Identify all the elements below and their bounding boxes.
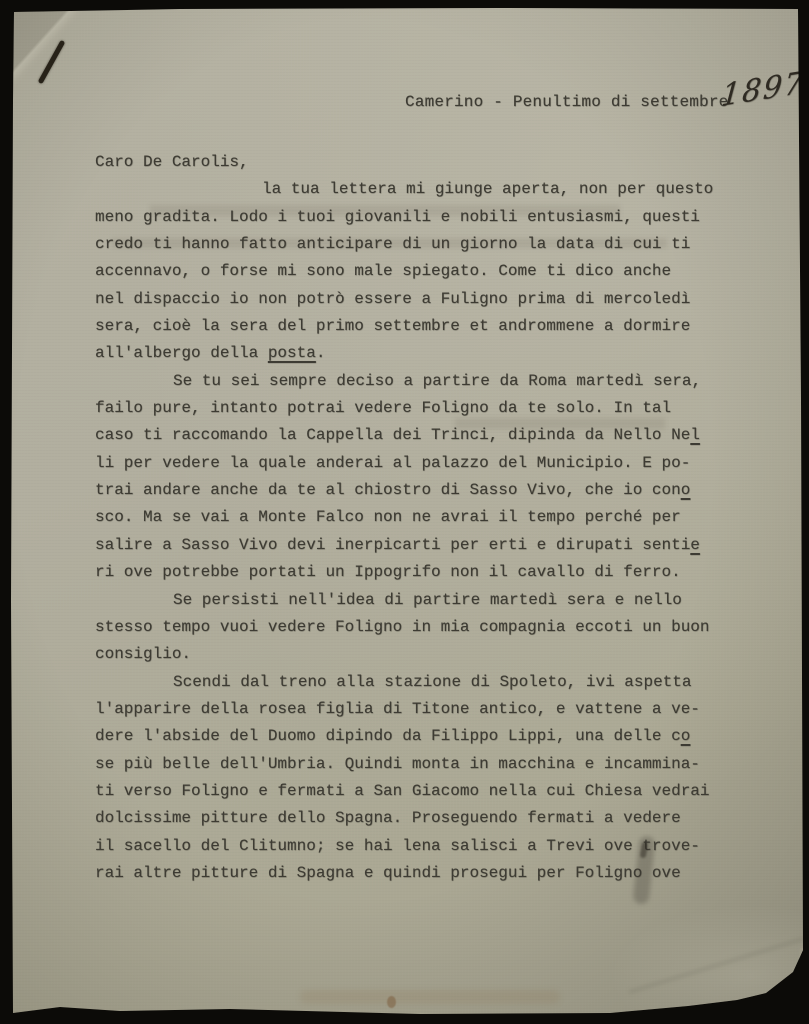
- typed-text: nel dispaccio io non potrò essere a Fuli…: [95, 290, 690, 308]
- typed-text: la tua lettera mi giunge aperta, non per…: [262, 180, 713, 198]
- letter-line: l'apparire della rosea figlia di Titone …: [95, 696, 719, 723]
- typed-text: rai altre pitture di Spagna e quindi pro…: [95, 864, 681, 882]
- typed-text: sera, cioè la sera del primo settembre e…: [95, 317, 690, 335]
- typed-text: il sacello del Clitumno; se hai lena sal…: [95, 837, 700, 855]
- letter-line: trai andare anche da te al chiostro di S…: [95, 477, 719, 504]
- letter-line: Se tu sei sempre deciso a partire da Rom…: [95, 368, 719, 395]
- typed-text: salire a Sasso Vivo devi inerpicarti per…: [95, 536, 690, 554]
- letter-line: accennavo, o forse mi sono male spiegato…: [95, 258, 719, 285]
- stain-band: [300, 990, 560, 1004]
- paper-shading: [590, 895, 809, 1024]
- typed-text: consiglio.: [95, 645, 191, 663]
- typed-text: se più belle dell'Umbria. Quindi monta i…: [95, 755, 700, 773]
- letter-line: salire a Sasso Vivo devi inerpicarti per…: [95, 532, 719, 559]
- typed-text: credo ti hanno fatto anticipare di un gi…: [95, 235, 690, 253]
- letter-line: credo ti hanno fatto anticipare di un gi…: [95, 231, 719, 258]
- underlined-text: l: [690, 426, 700, 444]
- typed-text: Scendi dal treno alla stazione di Spolet…: [173, 673, 691, 691]
- typed-text: dere l'abside del Duomo dipindo da Filip…: [95, 727, 681, 745]
- typed-text: dolcissime pitture dello Spagna. Prosegu…: [95, 809, 681, 827]
- letter-line: sco. Ma se vai a Monte Falco non ne avra…: [95, 504, 719, 531]
- letter-line: Scendi dal treno alla stazione di Spolet…: [95, 669, 719, 696]
- typed-text: Caro De Carolis,: [95, 153, 249, 171]
- typed-text: all'albergo della: [95, 344, 268, 362]
- letter-line: nel dispaccio io non potrò essere a Fuli…: [95, 286, 719, 313]
- underlined-text: posta: [268, 344, 316, 362]
- typed-text: ti verso Foligno e fermati a San Giacomo…: [95, 782, 710, 800]
- letter-line: ri ove potrebbe portati un Ippogrifo non…: [95, 559, 719, 586]
- pen-mark-annotation: [38, 40, 66, 84]
- typed-text: ri ove potrebbe portati un Ippogrifo non…: [95, 563, 681, 581]
- letter-line: il sacello del Clitumno; se hai lena sal…: [95, 833, 719, 860]
- letter-line: caso ti raccomando la Cappella dei Trinc…: [95, 422, 719, 449]
- typed-text: Se persisti nell'idea di partire martedì…: [173, 591, 682, 609]
- underlined-text: o: [681, 727, 691, 745]
- letter-line: dolcissime pitture dello Spagna. Prosegu…: [95, 805, 719, 832]
- letter-line: li per vedere la quale anderai al palazz…: [95, 450, 719, 477]
- typed-text: l'apparire della rosea figlia di Titone …: [95, 700, 700, 718]
- typed-text: stesso tempo vuoi vedere Foligno in mia …: [95, 618, 710, 636]
- letter-line: failo pure, intanto potrai vedere Folign…: [95, 395, 719, 422]
- letter-line: sera, cioè la sera del primo settembre e…: [95, 313, 719, 340]
- paper-wrinkle: [629, 934, 809, 994]
- underlined-text: e: [690, 536, 700, 554]
- typed-text: trai andare anche da te al chiostro di S…: [95, 481, 681, 499]
- letter-line: stesso tempo vuoi vedere Foligno in mia …: [95, 614, 719, 641]
- letter-line: se più belle dell'Umbria. Quindi monta i…: [95, 751, 719, 778]
- letter-line: meno gradita. Lodo i tuoi giovanili e no…: [95, 204, 719, 231]
- typed-text: Se tu sei sempre deciso a partire da Rom…: [173, 372, 701, 390]
- letter-line: la tua lettera mi giunge aperta, non per…: [95, 176, 719, 203]
- letter-line: Caro De Carolis,: [95, 149, 719, 176]
- letter-page: Camerino - Penultimo di settembre 1897 C…: [0, 0, 809, 1024]
- letter-line: Se persisti nell'idea di partire martedì…: [95, 587, 719, 614]
- typed-text: li per vedere la quale anderai al palazz…: [95, 454, 690, 472]
- typed-text: meno gradita. Lodo i tuoi giovanili e no…: [95, 208, 700, 226]
- dateline: Camerino - Penultimo di settembre: [405, 93, 728, 111]
- letter-line: ti verso Foligno e fermati a San Giacomo…: [95, 778, 719, 805]
- letter-line: consiglio.: [95, 641, 719, 668]
- typed-text: accennavo, o forse mi sono male spiegato…: [95, 262, 671, 280]
- letter-body: Caro De Carolis,la tua lettera mi giunge…: [95, 149, 719, 887]
- photo-backdrop: Camerino - Penultimo di settembre 1897 C…: [0, 0, 809, 1024]
- paper-edge-curl: [796, 948, 807, 1006]
- underlined-text: o: [681, 481, 691, 499]
- handwritten-year-annotation: 1897: [720, 65, 806, 114]
- letter-line: dere l'abside del Duomo dipindo da Filip…: [95, 723, 719, 750]
- typed-text: sco. Ma se vai a Monte Falco non ne avra…: [95, 508, 681, 526]
- typed-text: failo pure, intanto potrai vedere Folign…: [95, 399, 671, 417]
- stain-speck: [387, 996, 396, 1008]
- letter-line: all'albergo della posta.: [95, 340, 719, 367]
- typed-text: .: [316, 344, 326, 362]
- typed-text: caso ti raccomando la Cappella dei Trinc…: [95, 426, 690, 444]
- letter-line: rai altre pitture di Spagna e quindi pro…: [95, 860, 719, 887]
